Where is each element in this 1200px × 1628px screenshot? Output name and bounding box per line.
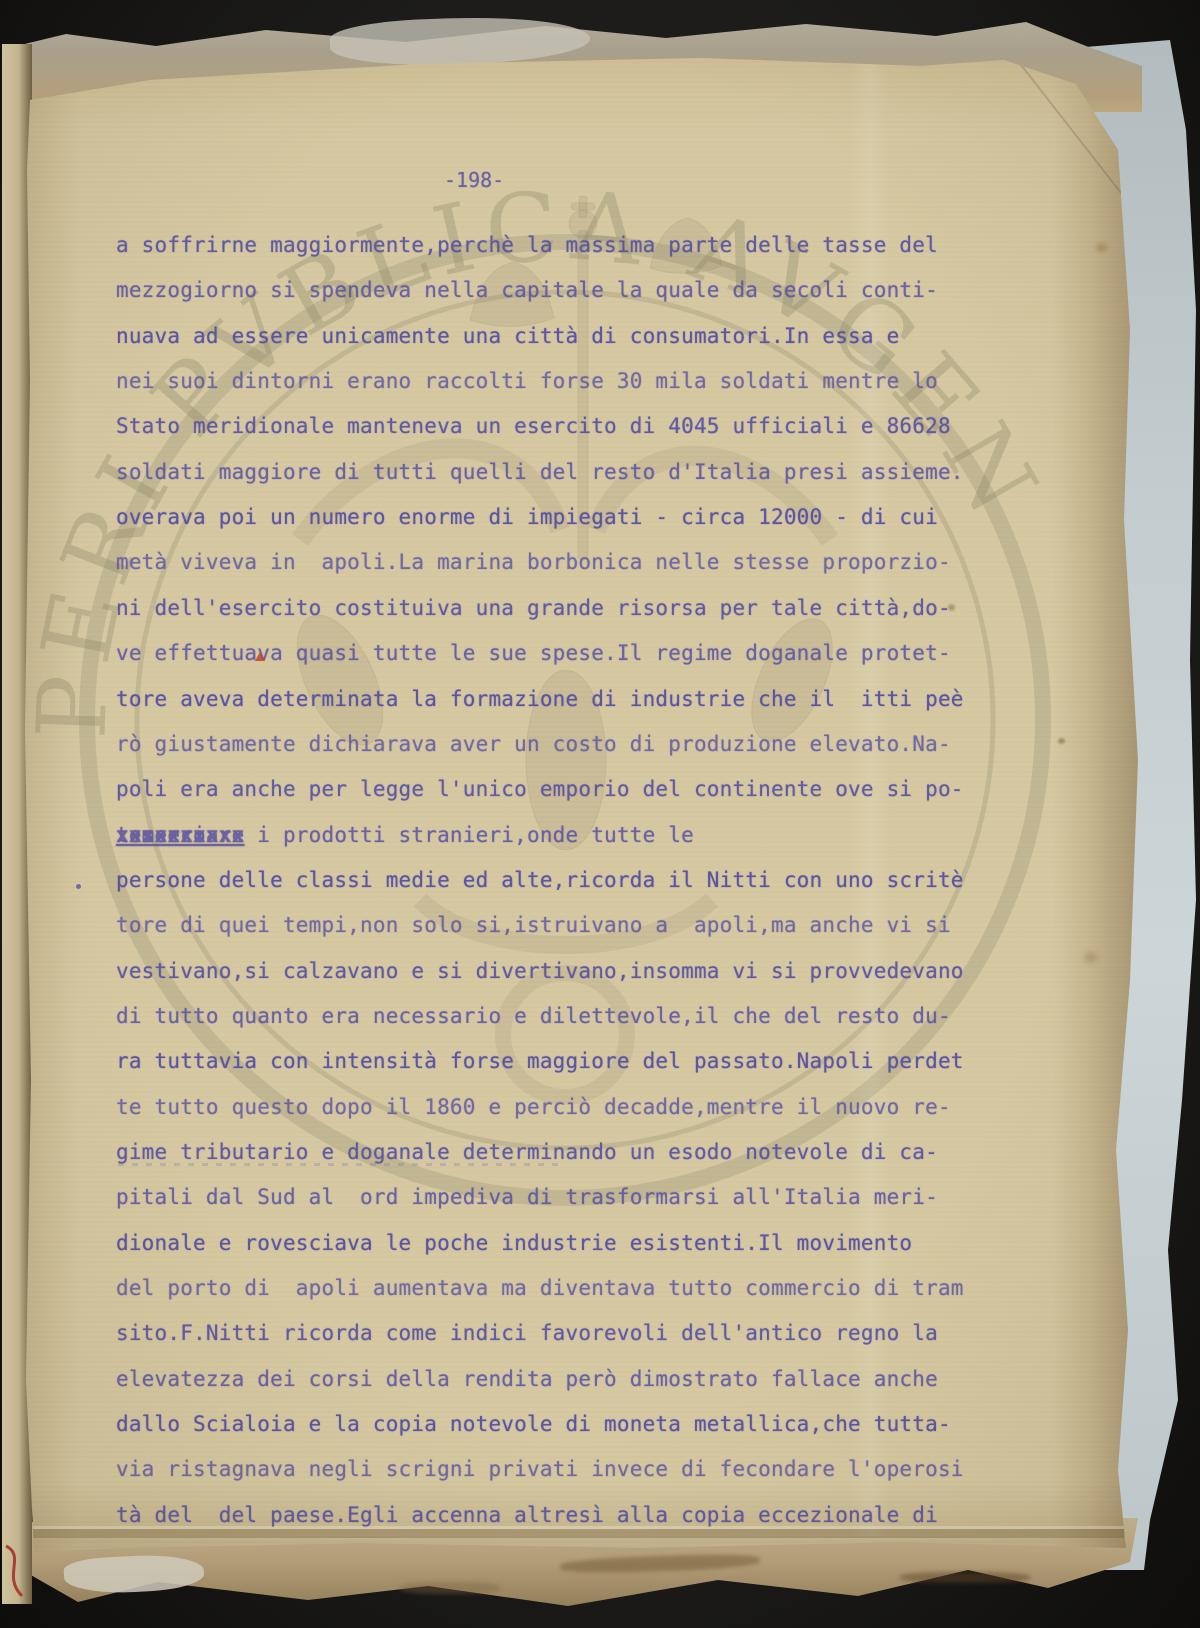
scan-vignette [0, 0, 1200, 1628]
red-thread [0, 1540, 60, 1610]
document-page: PERI PVBLICA AVGEN -198- [0, 0, 1200, 1628]
bottom-edge-smudge [900, 1572, 1030, 1583]
scanned-page-background: PERI PVBLICA AVGEN -198- [0, 0, 1200, 1628]
bottom-edge-smudge [400, 1582, 500, 1594]
bottom-edge-paper-patch [63, 1552, 205, 1595]
